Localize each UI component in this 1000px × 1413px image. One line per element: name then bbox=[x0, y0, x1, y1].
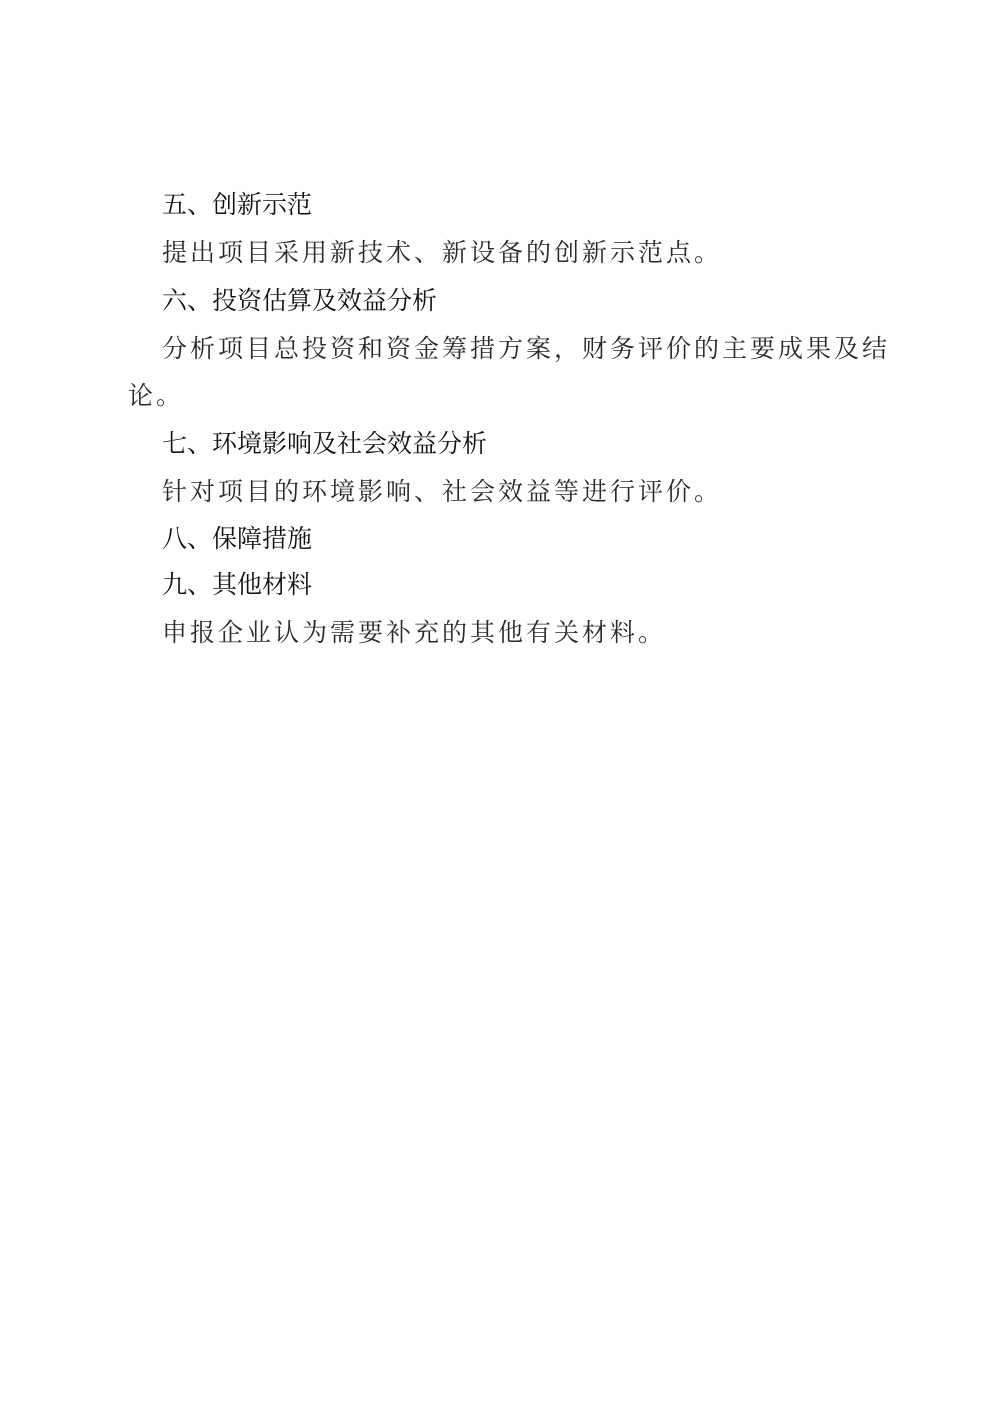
section-heading-innovation: 五、创新示范 bbox=[162, 188, 312, 222]
section-heading-investment: 六、投资估算及效益分析 bbox=[162, 284, 437, 318]
section-heading-safeguards: 八、保障措施 bbox=[162, 522, 312, 556]
section-paragraph-innovation: 提出项目采用新技术、新设备的创新示范点。 bbox=[162, 236, 722, 270]
section-paragraph-investment-line-1: 分析项目总投资和资金筹措方案，财务评价的主要成果及结 bbox=[162, 332, 890, 366]
section-paragraph-environment: 针对项目的环境影响、社会效益等进行评价。 bbox=[162, 475, 722, 509]
section-heading-environment: 七、环境影响及社会效益分析 bbox=[162, 427, 487, 461]
section-heading-other-materials: 九、其他材料 bbox=[162, 568, 312, 602]
section-paragraph-other-materials: 申报企业认为需要补充的其他有关材料。 bbox=[162, 616, 666, 650]
document-page: 五、创新示范 提出项目采用新技术、新设备的创新示范点。 六、投资估算及效益分析 … bbox=[0, 0, 1000, 1413]
section-paragraph-investment-line-2: 论。 bbox=[128, 379, 184, 413]
